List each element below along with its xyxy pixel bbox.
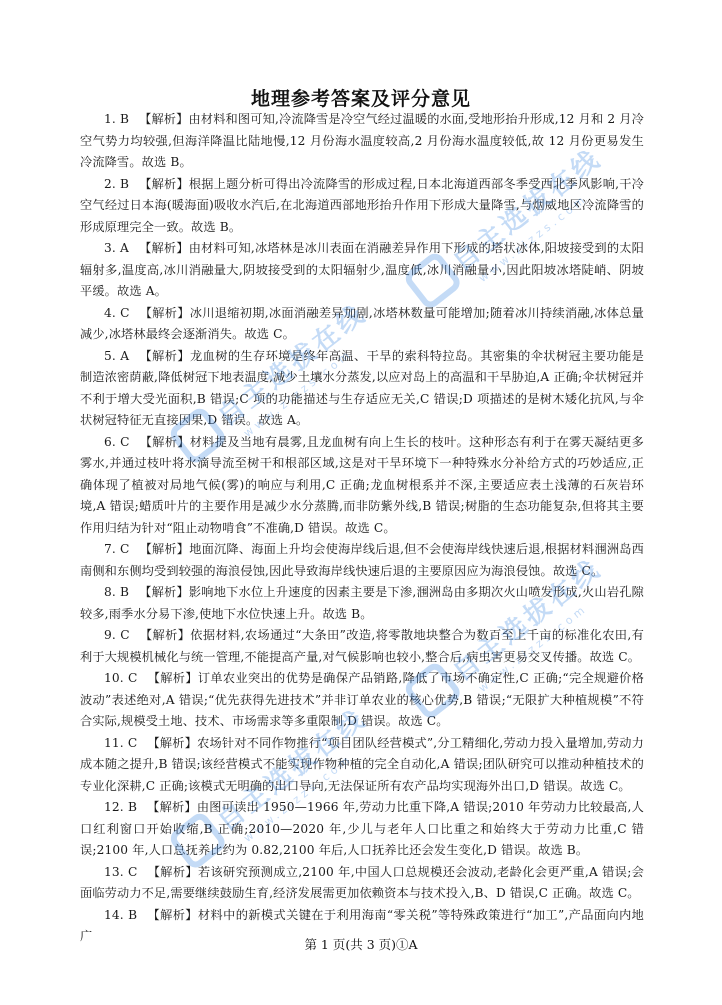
analysis-tag: 【解析】	[147, 736, 197, 750]
analysis-tag: 【解析】	[140, 435, 190, 449]
answer-number: 9. C	[104, 628, 130, 642]
analysis-tag: 【解析】	[148, 671, 198, 685]
answer-item: 1. B【解析】由材料和图可知,冷流降雪是冷空气经过温暖的水面,受地形抬升形成,…	[80, 109, 644, 174]
answer-item: 10. C【解析】订单农业突出的优势是确保产品销路,降低了市场不确定性,C 正确…	[80, 668, 644, 733]
answer-item: 13. C【解析】若该研究预测成立,2100 年,中国人口总规模还会波动,老龄化…	[80, 862, 644, 905]
answer-number: 5. A	[104, 349, 129, 363]
answer-item: 5. A【解析】龙血树的生存环境是终年高温、干旱的索科特拉岛。其密集的伞状树冠主…	[80, 346, 644, 432]
analysis-tag: 【解析】	[139, 177, 189, 191]
analysis-tag: 【解析】	[139, 112, 188, 126]
answer-number: 6. C	[104, 435, 130, 449]
answer-item: 9. C【解析】依据材料,农场通过“大条田”改造,将零散地块整合为数百至上千亩的…	[80, 625, 644, 668]
answer-number: 14. B	[104, 908, 137, 922]
answer-number: 10. C	[104, 671, 138, 685]
analysis-tag: 【解析】	[139, 585, 189, 599]
answer-number: 12. B	[104, 800, 137, 814]
answer-number: 7. C	[104, 542, 130, 556]
answer-number: 13. C	[104, 865, 138, 879]
answer-item: 3. A【解析】由材料可知,冰塔林是冰川表面在消融差异作用下形成的塔状冰体,阳坡…	[80, 238, 644, 303]
document-page: 地理参考答案及评分意见 1. B【解析】由材料和图可知,冷流降雪是冷空气经过温暖…	[0, 0, 722, 1005]
answer-number: 4. C	[104, 306, 130, 320]
answer-item: 8. B【解析】影响地下水位上升速度的因素主要是下渗,涠洲岛由多期次火山喷发形成…	[80, 582, 644, 625]
analysis-tag: 【解析】	[147, 908, 198, 922]
answer-number: 8. B	[104, 585, 129, 599]
analysis-tag: 【解析】	[139, 241, 189, 255]
analysis-tag: 【解析】	[140, 542, 190, 556]
answer-number: 3. A	[104, 241, 129, 255]
answer-item: 6. C【解析】材料提及当地有晨雾,且龙血树有向上生长的枝叶。这种形态有利于在雾…	[80, 432, 644, 540]
answer-number: 2. B	[104, 177, 129, 191]
analysis-tag: 【解析】	[140, 628, 191, 642]
answer-item: 2. B【解析】根据上题分析可得出冷流降雪的形成过程,日本北海道西部冬季受西北季…	[80, 174, 644, 239]
analysis-tag: 【解析】	[148, 865, 198, 879]
answer-item: 7. C【解析】地面沉降、海面上升均会使海岸线后退,但不会使海岸线快速后退,根据…	[80, 539, 644, 582]
answer-list: 1. B【解析】由材料和图可知,冷流降雪是冷空气经过温暖的水面,受地形抬升形成,…	[80, 109, 644, 948]
analysis-tag: 【解析】	[139, 349, 190, 363]
page-title: 地理参考答案及评分意见	[0, 84, 722, 111]
analysis-tag: 【解析】	[140, 306, 190, 320]
answer-number: 1. B	[104, 112, 129, 126]
page-footer: 第 1 页(共 3 页)①A	[0, 935, 722, 953]
answer-text: 材料提及当地有晨雾,且龙血树有向上生长的枝叶。这种形态有利于在雾天凝结更多雾水,…	[80, 435, 644, 535]
answer-item: 11. C【解析】农场针对不同作物推行“项目团队经营模式”,分工精细化,劳动力投…	[80, 733, 644, 798]
answer-item: 4. C【解析】冰川退缩初期,冰面消融差异加剧,冰塔林数量可能增加;随着冰川持续…	[80, 303, 644, 346]
analysis-tag: 【解析】	[147, 800, 197, 814]
answer-item: 12. B【解析】由图可读出 1950—1966 年,劳动力比重下降,A 错误;…	[80, 797, 644, 862]
answer-number: 11. C	[104, 736, 137, 750]
